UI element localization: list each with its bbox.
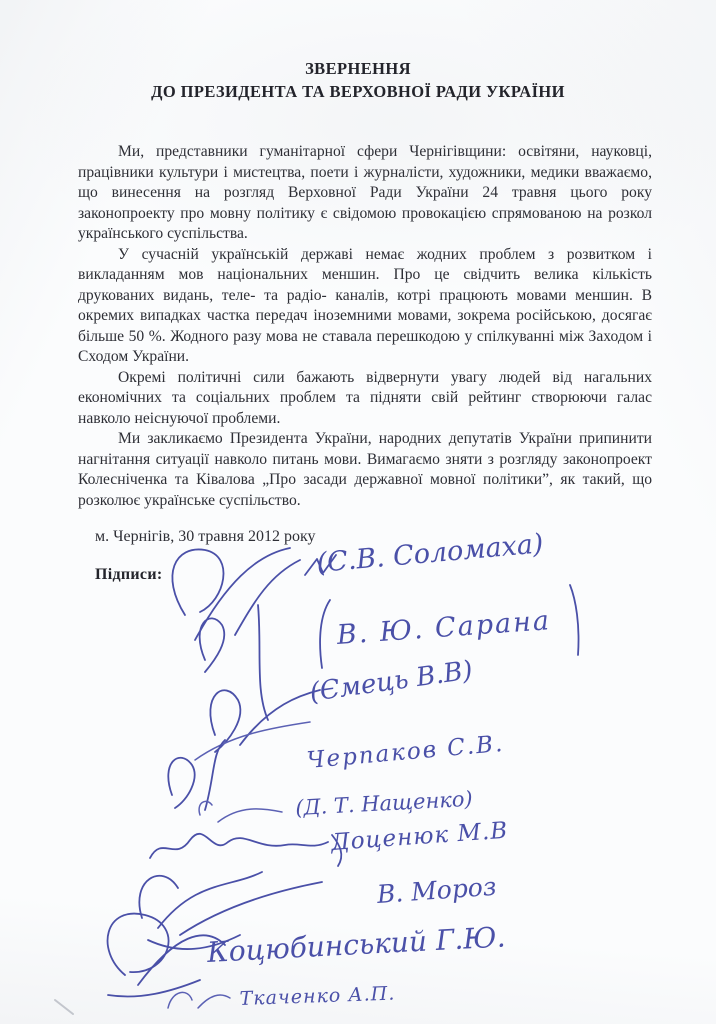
body-paragraph: У сучасній українській державі немає жод… [78, 245, 652, 368]
signature-name-text: Доценюк М.В [330, 818, 509, 856]
signature-name-text: Ткаченко А.П. [239, 983, 395, 1010]
signature-scribble [158, 872, 262, 928]
signature-scribble [108, 914, 169, 975]
signature-name-text: (Ємець В.В) [308, 655, 475, 708]
signature-scribble [180, 882, 322, 935]
signature-name-text: (Д. Т. Нащенко) [295, 787, 473, 820]
signature-scribble [240, 690, 320, 745]
signature-scribble [138, 935, 225, 985]
document-title: ЗВЕРНЕННЯ ДО ПРЕЗИДЕНТА ТА ВЕРХОВНОЇ РАД… [0, 57, 716, 103]
signature-scribble [258, 605, 268, 720]
signature-name-text: В. Мороз [376, 872, 497, 909]
signatures-label: Підписи: [95, 566, 162, 584]
signature-scribble [199, 801, 212, 815]
body-paragraph: Окремі політичні сили бажають відвернути… [78, 368, 652, 430]
signature-scribble [210, 690, 240, 752]
signature-name-text: Черпаков С.В. [306, 731, 506, 774]
signature-scribble [108, 980, 200, 997]
signature-scribble [205, 740, 225, 810]
signature-scribble [570, 585, 579, 655]
paper-crease-mark [55, 1000, 73, 1014]
signature-scribble [168, 758, 194, 808]
signature-scribble [198, 995, 230, 1008]
signature-scribble [172, 549, 223, 615]
signature-scribble [195, 722, 310, 760]
dateline: м. Чернігів, 30 травня 2012 року [95, 528, 316, 546]
body-paragraph: Ми закликаємо Президента України, народн… [78, 429, 652, 511]
signature-name-text: Коцюбинський Г.Ю. [206, 920, 506, 969]
signature-name-text: (С.В. Соломаха) [315, 528, 544, 579]
signature-name-text: В. Ю. Сарана [336, 605, 552, 651]
signature-scribble [235, 560, 300, 635]
body-paragraph: Ми, представники гуманітарної сфери Черн… [78, 142, 652, 245]
signature-scribble [148, 935, 240, 949]
signature-scribble [150, 834, 328, 858]
signature-scribble [320, 600, 330, 668]
scanned-document-page: ЗВЕРНЕННЯ ДО ПРЕЗИДЕНТА ТА ВЕРХОВНОЇ РАД… [0, 0, 716, 1024]
signature-scribble [200, 618, 225, 672]
signature-scribble [139, 876, 178, 918]
signature-scribble [195, 548, 290, 640]
signature-scribble [168, 992, 192, 1008]
document-title-line1: ЗВЕРНЕННЯ [0, 57, 716, 80]
document-body: Ми, представники гуманітарної сфери Черн… [78, 142, 652, 511]
signature-scribble [218, 809, 282, 822]
signature-scribble [305, 555, 336, 575]
signature-scribble [332, 835, 341, 866]
document-title-line2: ДО ПРЕЗИДЕНТА ТА ВЕРХОВНОЇ РАДИ УКРАЇНИ [0, 80, 716, 103]
